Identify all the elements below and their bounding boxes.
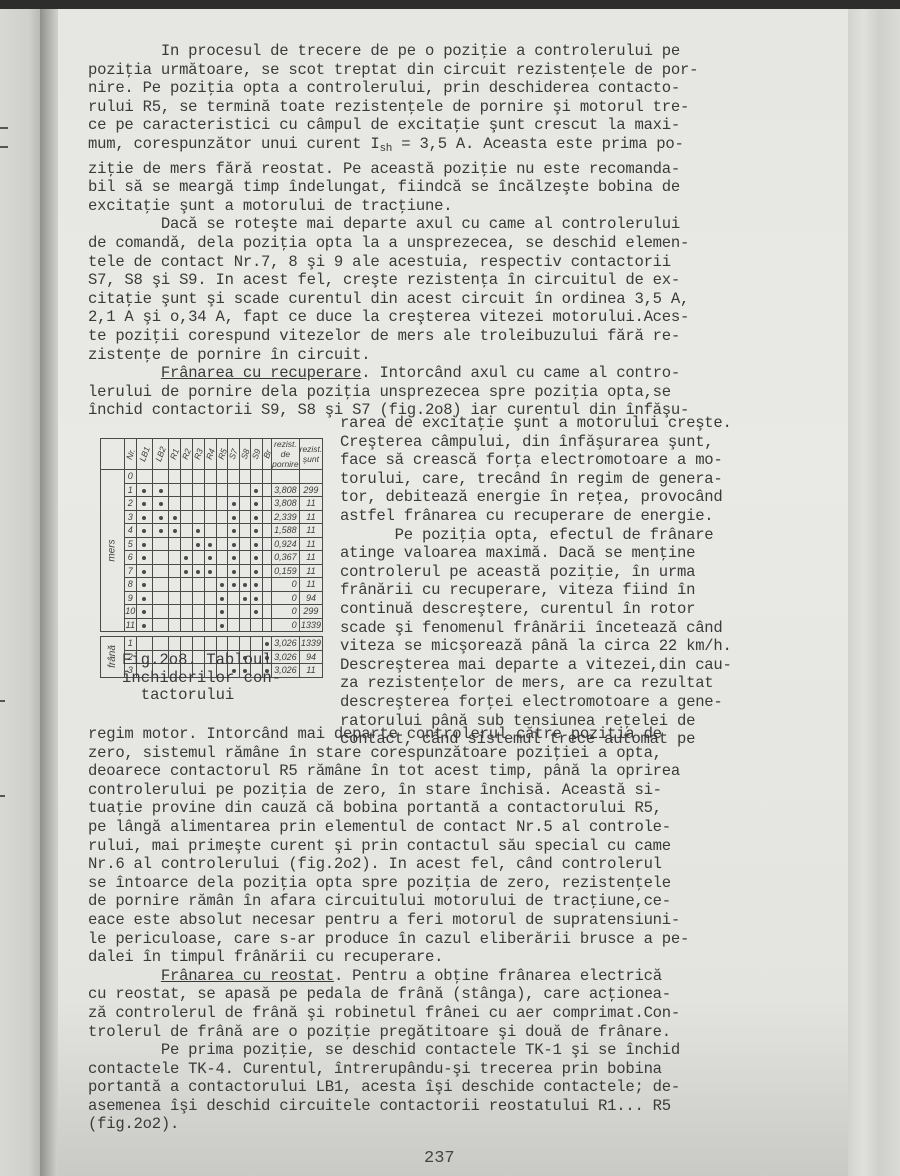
closed-contact-dot xyxy=(232,516,236,520)
text-line: controlerului pe poziţia de zero, în sta… xyxy=(88,781,689,800)
column-header: R2 xyxy=(180,439,192,470)
text-line: zistenţe de pornire în circuit. xyxy=(88,346,698,365)
column-header: R3 xyxy=(192,439,204,470)
table-row: 9094 xyxy=(101,591,323,605)
text-line: cu reostat, se apasă pe pedala de frână … xyxy=(88,985,689,1004)
closed-contact-dot xyxy=(142,624,146,628)
text-line: rului R5, se termină toate rezistenţele … xyxy=(88,98,698,117)
figure-caption: Fig.2o8. Tabloul închiderilor con- tacto… xyxy=(122,652,281,705)
text-line: lerului de pornire dela poziţia unspreze… xyxy=(88,383,698,402)
contactor-table: Nr.LB1LB2R1R2R3R4R5S7S8S9Brrezist. de po… xyxy=(100,438,323,678)
column-header: S9 xyxy=(251,439,262,470)
text-line: excitaţie şunt a motorului de tracţiune. xyxy=(88,197,698,216)
page-number: 237 xyxy=(424,1149,455,1168)
text-line: de comandă, dela poziţia opta la a unspr… xyxy=(88,234,698,253)
text-line: tuaţie provine din cauză că bobina porta… xyxy=(88,799,689,818)
closed-contact-dot xyxy=(220,597,224,601)
closed-contact-dot xyxy=(254,610,258,614)
text-line: pe lângă alimentarea prin elementul de c… xyxy=(88,818,689,837)
text-line: face să crească forţa electromotoare a m… xyxy=(340,451,732,470)
table-row: 100299 xyxy=(101,605,323,619)
column-header: rezist. de pornire xyxy=(272,439,299,470)
text-line: le periculoase, care s-ar produce în caz… xyxy=(88,930,689,949)
section-heading: Frânarea cu reostat xyxy=(161,967,334,985)
closed-contact-dot xyxy=(232,583,236,587)
closed-contact-dot xyxy=(254,570,258,574)
closed-contact-dot xyxy=(254,543,258,547)
closed-contact-dot xyxy=(254,597,258,601)
body-text-right-of-figure: rarea de excitaţie şunt a motorului creş… xyxy=(340,414,732,749)
closed-contact-dot xyxy=(184,570,188,574)
scan-top-edge xyxy=(0,0,900,9)
closed-contact-dot xyxy=(196,570,200,574)
closed-contact-dot xyxy=(254,516,258,520)
text-line: ză controlerul de frână şi robinetul frâ… xyxy=(88,1004,689,1023)
text-line: te poziţii corespund vitezelor de mers a… xyxy=(88,327,698,346)
closed-contact-dot xyxy=(173,516,177,520)
closed-contact-dot xyxy=(142,516,146,520)
closed-contact-dot xyxy=(265,642,269,646)
text-line: portantă a contactorului LB1, acesta îşi… xyxy=(88,1078,689,1097)
closed-contact-dot xyxy=(173,529,177,533)
closed-contact-dot xyxy=(243,597,247,601)
closed-contact-dot xyxy=(142,610,146,614)
text-line: asemenea îşi deschid circuitele contacto… xyxy=(88,1097,689,1116)
text-line: eace este absolut necesar pentru a feri … xyxy=(88,911,689,930)
text-line: S7, S8 şi S9. In acest fel, creşte rezis… xyxy=(88,271,698,290)
closed-contact-dot xyxy=(254,489,258,493)
text-line: zero, sistemul rămâne în stare corespunz… xyxy=(88,744,689,763)
text-line: controlerul pe această poziţie, în urma xyxy=(340,563,732,582)
text-line: dalei în timpul frânării cu recuperare. xyxy=(88,948,689,967)
text-line: za rezistenţelor de mers, are ca rezulta… xyxy=(340,674,732,693)
group-label: mers xyxy=(101,470,125,632)
column-header: LB2 xyxy=(152,439,168,470)
text-line: Frânarea cu reostat. Pentru a obţine frâ… xyxy=(88,967,689,986)
column-header: R1 xyxy=(169,439,181,470)
text-line: 2,1 A şi o,34 A, fapt ce duce la creşter… xyxy=(88,308,698,327)
text-line: In procesul de trecere de pe o poziţie a… xyxy=(88,42,698,61)
text-line: ce pe caracteristici cu câmpul de excita… xyxy=(88,116,698,135)
table-row: 70,15911 xyxy=(101,564,323,578)
group-label: frână xyxy=(101,637,125,678)
closed-contact-dot xyxy=(220,610,224,614)
text-line: Dacă se roteşte mai departe axul cu came… xyxy=(88,215,698,234)
column-header: rezist. şunt xyxy=(299,439,323,470)
text-line: de pornire rămân în afara circuitului mo… xyxy=(88,892,689,911)
closed-contact-dot xyxy=(208,543,212,547)
body-text-bottom: regim motor. Intorcând mai departe contr… xyxy=(88,725,689,1134)
table-row: 50,92411 xyxy=(101,537,323,551)
text-line: contactele TK-4. Curentul, întrerupându-… xyxy=(88,1060,689,1079)
closed-contact-dot xyxy=(142,529,146,533)
text-line: ziţie de mers fără reostat. Pe această p… xyxy=(88,160,698,179)
closed-contact-dot xyxy=(254,502,258,506)
closed-contact-dot xyxy=(159,529,163,533)
column-header: LB1 xyxy=(136,439,152,470)
column-header: R4 xyxy=(204,439,216,470)
closed-contact-dot xyxy=(142,489,146,493)
closed-contact-dot xyxy=(208,556,212,560)
column-header: R5 xyxy=(216,439,228,470)
column-header: Nr. xyxy=(124,439,136,470)
text-line: trolerul de frână are o poziţie pregătit… xyxy=(88,1023,689,1042)
text-line: regim motor. Intorcând mai departe contr… xyxy=(88,725,689,744)
text-line: atinge valoarea maximă. Dacă se menţine xyxy=(340,544,732,563)
closed-contact-dot xyxy=(254,529,258,533)
closed-contact-dot xyxy=(142,597,146,601)
closed-contact-dot xyxy=(232,502,236,506)
text-line: Pe poziţia opta, efectul de frânare xyxy=(340,526,732,545)
body-text-top: In procesul de trecere de pe o poziţie a… xyxy=(88,42,698,420)
table-row: 60,36711 xyxy=(101,551,323,565)
text-line: nire. Pe poziţia opta a controlerului, p… xyxy=(88,79,698,98)
closed-contact-dot xyxy=(208,570,212,574)
text-line: torului, care, trecând în regim de gener… xyxy=(340,470,732,489)
text-line: viteza se micşorează până la circa 22 km… xyxy=(340,637,732,656)
text-line: continuă descreştere, curentul în rotor xyxy=(340,600,732,619)
closed-contact-dot xyxy=(142,570,146,574)
figure-contactor-table: Nr.LB1LB2R1R2R3R4R5S7S8S9Brrezist. de po… xyxy=(100,438,323,678)
column-header: Br xyxy=(262,439,272,470)
closed-contact-dot xyxy=(232,543,236,547)
text-line: scade şi fenomenul frânării încetează câ… xyxy=(340,619,732,638)
closed-contact-dot xyxy=(243,583,247,587)
column-header: S8 xyxy=(239,439,250,470)
text-line: poziţia următoare, se scot treptat din c… xyxy=(88,61,698,80)
table-row: 23,80811 xyxy=(101,497,323,511)
text-line: descreşterea forţei electromotoare a gen… xyxy=(340,693,732,712)
text-line: tor, debitează energie în reţea, provocâ… xyxy=(340,488,732,507)
closed-contact-dot xyxy=(142,502,146,506)
closed-contact-dot xyxy=(220,624,224,628)
table-row: 1101339 xyxy=(101,618,323,632)
closed-contact-dot xyxy=(254,556,258,560)
table-row: 32,33911 xyxy=(101,510,323,524)
column-header: S7 xyxy=(228,439,239,470)
text-line: (fig.2o2). xyxy=(88,1115,689,1134)
closed-contact-dot xyxy=(196,529,200,533)
next-page-edge xyxy=(848,9,900,1176)
text-line: astfel frânarea cu recuperare de energie… xyxy=(340,507,732,526)
closed-contact-dot xyxy=(220,583,224,587)
text-line: Descreşterea mai departe a vitezei,din c… xyxy=(340,656,732,675)
closed-contact-dot xyxy=(196,543,200,547)
text-line: Frânarea cu recuperare. Intorcând axul c… xyxy=(88,364,698,383)
table-row: frână13,0261339 xyxy=(101,637,323,651)
closed-contact-dot xyxy=(159,516,163,520)
section-heading: Frânarea cu recuperare xyxy=(161,364,361,382)
closed-contact-dot xyxy=(232,529,236,533)
closed-contact-dot xyxy=(184,556,188,560)
table-row: 13,808299 xyxy=(101,483,323,497)
text-line: frânării cu recuperare, viteza fiind în xyxy=(340,581,732,600)
text-line: rarea de excitaţie şunt a motorului creş… xyxy=(340,414,732,433)
text-line: Nr.6 al controlerului (fig.2o2). In aces… xyxy=(88,855,689,874)
text-line: rului, mai primeşte curent şi prin conta… xyxy=(88,837,689,856)
table-row: 41,58811 xyxy=(101,524,323,538)
text-line: Pe prima poziţie, se deschid contactele … xyxy=(88,1041,689,1060)
closed-contact-dot xyxy=(159,502,163,506)
closed-contact-dot xyxy=(232,570,236,574)
closed-contact-dot xyxy=(142,543,146,547)
table-row: 8011 xyxy=(101,578,323,592)
text-line: Creşterea câmpului, din înfăşurarea şunt… xyxy=(340,433,732,452)
closed-contact-dot xyxy=(232,556,236,560)
text-line: se întoarce dela poziţia opta spre poziţ… xyxy=(88,874,689,893)
closed-contact-dot xyxy=(142,583,146,587)
text-line: mum, corespunzător unui curent Ish = 3,5… xyxy=(88,135,698,154)
closed-contact-dot xyxy=(159,489,163,493)
closed-contact-dot xyxy=(142,556,146,560)
closed-contact-dot xyxy=(254,583,258,587)
text-line: tele de contact Nr.7, 8 şi 9 ale acestui… xyxy=(88,253,698,272)
text-line: deoarece contactorul R5 rămâne în tot ac… xyxy=(88,762,689,781)
table-row: mers0 xyxy=(101,470,323,484)
text-line: bil să se meargă timp îndelungat, fiindc… xyxy=(88,178,698,197)
text-line: citaţie şunt şi scade curentul din acest… xyxy=(88,290,698,309)
